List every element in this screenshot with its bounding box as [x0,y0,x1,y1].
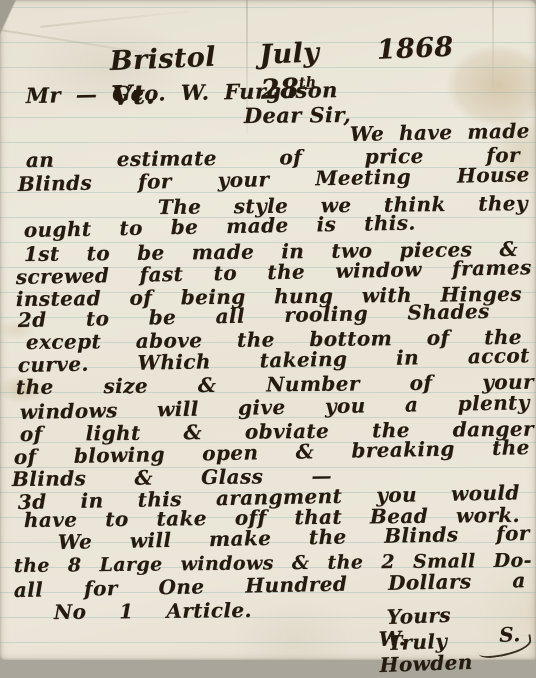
dateline-year: 1868 [376,30,454,68]
salutation: Dear Sir, [244,101,364,130]
torn-corner [0,0,18,38]
letter-paper: Bristol Vt. July 28th 1868 Mr — Geo. W. … [0,0,536,660]
letter-line: No 1 Article. [54,597,252,625]
